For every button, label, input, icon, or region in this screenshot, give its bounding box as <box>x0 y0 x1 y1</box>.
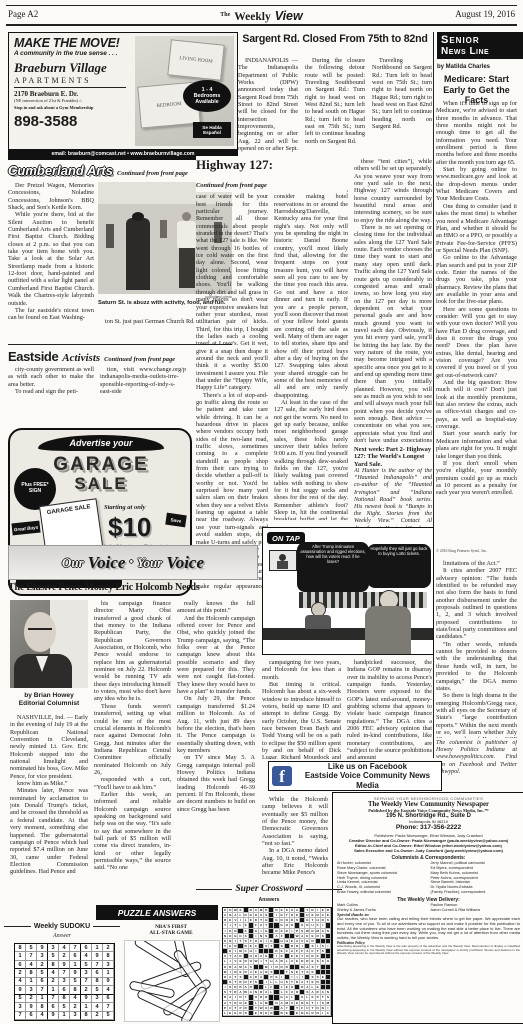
cumberland-continued: Continued from front page <box>117 170 188 177</box>
ad-offer: Stop in and ask about a Gym Membership <box>14 105 132 110</box>
highway-127-header: Highway 127: Continued from front page <box>196 156 346 192</box>
senior-title-line1: Senior <box>441 34 521 46</box>
speech-bubble-answer: Hopefully they will just go back to buyi… <box>367 544 431 588</box>
bedroom-label: BEDROOM <box>156 101 181 108</box>
sargent-col1: INDIANAPOLIS — The Indianapolis Departme… <box>238 57 298 153</box>
on-tap-title: ON TAP <box>267 532 305 544</box>
on-tap-cartoon: ON TAP After Trump insinuates assassinat… <box>262 527 434 655</box>
masthead-the: The <box>220 12 230 18</box>
photo-figure-hat <box>132 212 144 221</box>
facebook-line1: Like us on Facebook <box>297 762 438 772</box>
howey-columnist-bio: The columnist is publisher of Howey Poli… <box>436 740 517 788</box>
banner-our: Our <box>62 555 84 571</box>
sudoku-answer-label: Answer <box>4 933 120 939</box>
patron-body <box>365 606 411 654</box>
se-habla-espanol-badge: Se Habla Español <box>193 122 231 138</box>
apartment-photo: LIVING ROOM BEDROOM 1 - 4 Bedrooms Avail… <box>135 36 234 146</box>
senior-byline: by Matilda Charles <box>437 64 517 70</box>
pence-headline: The Elusive Pence Money Eric Holcomb Nee… <box>8 582 258 593</box>
photo-figure-head <box>182 212 191 221</box>
banner-voice1: Voice <box>88 553 126 573</box>
puzzle-answers-header: PUZZLE ANSWERS <box>96 905 218 920</box>
wordsearch-answer-graphic <box>124 940 220 1022</box>
ad-subheadline: A community in the true sense . . . <box>14 50 132 57</box>
speech-bubble-question: After Trump insinuates assassination and… <box>297 542 369 592</box>
top-rule <box>6 5 517 6</box>
eastside-col2: tion, visit www.change.org/p indianapoli… <box>100 366 186 422</box>
medicare-article: When it's time to sign up for Medicare, … <box>436 100 517 548</box>
cumberland-title: Cumberland Arts <box>8 163 113 178</box>
pence-colD: campaigning for two years, and Holcomb f… <box>262 659 341 759</box>
photo-figure <box>126 218 150 290</box>
highway-col1: A cooler full of ice and a case of water… <box>196 186 268 590</box>
masthead-box: SERVING YOUR NEIGHBORHOOD COMMUNITIES Th… <box>332 792 523 1024</box>
facebook-line2: Eastside Voice Community News Media <box>297 771 438 790</box>
pence-colA: NASHVILLE, Ind. — Early in the evening o… <box>10 714 88 904</box>
policy-text: Advertising appearing in the Weekly View… <box>337 945 520 956</box>
next-week-note: Next week: Part 2- Highway 127: The Worl… <box>354 446 432 468</box>
ad-tagline: Advertise your <box>38 435 164 451</box>
howey-byline-name: by Brian Howey <box>10 692 88 699</box>
tv-icon <box>269 550 297 571</box>
newspaper-page: Page A2 The Weekly View August 19, 2016 … <box>0 0 523 1024</box>
wordsearch-title: NBA'S FIRST ALL-STAR GAME <box>124 924 218 936</box>
save-tag: Save <box>165 513 186 528</box>
great-buys-tag: Great Buys <box>11 521 40 536</box>
facebook-icon: f <box>272 766 292 786</box>
highway-col2: south of Cincinnati, consider making hot… <box>274 186 348 520</box>
owner-roles: Creative Director and Co-Owner: Paula Ni… <box>337 838 520 853</box>
delivery-right: Pauline RansonAaron Cornell & Rita Willi… <box>431 903 521 913</box>
sudoku-answer-grid: 8593476121735264986428915732854793614162… <box>14 943 115 1021</box>
sargent-headline: Sargent Rd. Closed From 75th to 82nd <box>238 33 432 45</box>
our-voice-banner: Our Voice • Your Voice <box>8 545 258 580</box>
photo-figure-legs <box>179 248 195 288</box>
brian-howey-portrait <box>10 600 88 688</box>
masthead-view: View <box>275 9 303 23</box>
bartender-body <box>305 615 331 629</box>
braeburn-logo: Braeburn Village <box>14 60 132 76</box>
living-room-label: LIVING ROOM <box>179 56 213 64</box>
sargent-col3: Traveling Northbound on Sargent Rd.: Tur… <box>372 57 432 153</box>
crossword-answers-label: Answers <box>196 897 342 903</box>
header-rule <box>6 24 517 26</box>
highway-title: Highway 127: <box>196 157 273 172</box>
photo-figure <box>106 224 114 248</box>
eastside-col1: city-county government as well as with e… <box>8 366 94 422</box>
howey-byline-title: Editorial Columnist <box>10 700 88 707</box>
sudoku-title: Weekly SUDOKU <box>4 923 120 930</box>
eastside-title: Eastside <box>8 349 58 364</box>
bedrooms-badge: 1 - 4 Bedrooms Available <box>183 80 231 112</box>
special-thanks-text: Our readers, who have been calling and t… <box>337 917 520 941</box>
cumberland-col1: Der Pretzel Wagon, Memories Concessions,… <box>8 182 94 344</box>
eastside-activists-header: Eastside Activists Continued from front … <box>8 348 232 366</box>
portrait-glasses <box>28 628 52 636</box>
highway-col3: these “tent cities”), while others will … <box>354 158 432 442</box>
crossword-answer-grid: POWERAMPOESSATRIERANALOGOUSIGTOEHENCEREV… <box>222 907 332 1017</box>
sale-word: SALE <box>40 474 162 494</box>
ad-address-note: (NE intersection of 21st & Franklin) <box>14 98 78 103</box>
garage-word: GARAGE <box>40 454 162 476</box>
ad-divider <box>14 87 126 88</box>
paper-phone: Phone: 317-356-2222 <box>337 824 520 831</box>
photo-figure <box>160 220 167 238</box>
activists-title: Activists <box>62 352 100 364</box>
crossword-title: Super Crossword <box>196 884 342 894</box>
columnists-right: Jerry Mannel, political cartoonistEd Mye… <box>431 861 521 895</box>
pence-colE: handpicked successor, the Indiana GOP re… <box>347 659 432 759</box>
section-rule <box>8 344 232 345</box>
sargent-col2: During the closure the following detour … <box>305 57 365 153</box>
banner-voice2: Voice <box>166 553 204 573</box>
pence-colD2: While the Holcomb camp believes it will … <box>262 796 328 880</box>
ad-phone: 898-3588 <box>14 113 132 130</box>
house-icon: ⌂ <box>79 98 82 103</box>
delivery-left: Mark CollinsShirley & James Fuchs <box>337 903 427 913</box>
ad-headline: MAKE THE MOVE! <box>14 36 132 50</box>
banner-sep: • <box>129 557 133 568</box>
facebook-box: f Like us on Facebook Eastside Voice Com… <box>268 761 442 791</box>
issue-date: August 19, 2016 <box>455 9 515 19</box>
photo-figure-shirt <box>177 221 196 249</box>
highway-continued: Continued from front page <box>196 182 267 189</box>
pence-colR: limitations of the Act.”It cites another… <box>436 560 517 738</box>
senior-news-line-box: Senior News Line <box>437 32 523 59</box>
senior-copyright: © 2016 King Features Synd., Inc. <box>436 549 517 553</box>
price: $10 <box>108 512 151 543</box>
banner-your: Your <box>137 555 162 571</box>
starting-at-only: Starting at only <box>104 504 156 511</box>
masthead-weekly: Weekly <box>234 11 270 23</box>
eastside-continued: Continued from front page <box>104 356 175 363</box>
columnists-left: Al Hunter, columnistRose Mary Clarke, co… <box>337 861 427 895</box>
braeburn-apartments-ad: MAKE THE MOVE! A community in the true s… <box>8 32 238 160</box>
braeburn-apartments-label: APARTMENTS <box>14 76 132 85</box>
senior-title-line2: News Line <box>441 46 521 57</box>
pence-colC: really knows the full amount at this poi… <box>177 600 255 904</box>
ad-address: 2170 Braeburn E. Dr. <box>14 90 132 98</box>
paper-name: The Weekly View Community Newspaper <box>337 801 520 808</box>
newspaper-masthead: The Weekly View <box>0 7 523 25</box>
pence-colB: his campaign finance director Marty Obst… <box>94 600 171 904</box>
